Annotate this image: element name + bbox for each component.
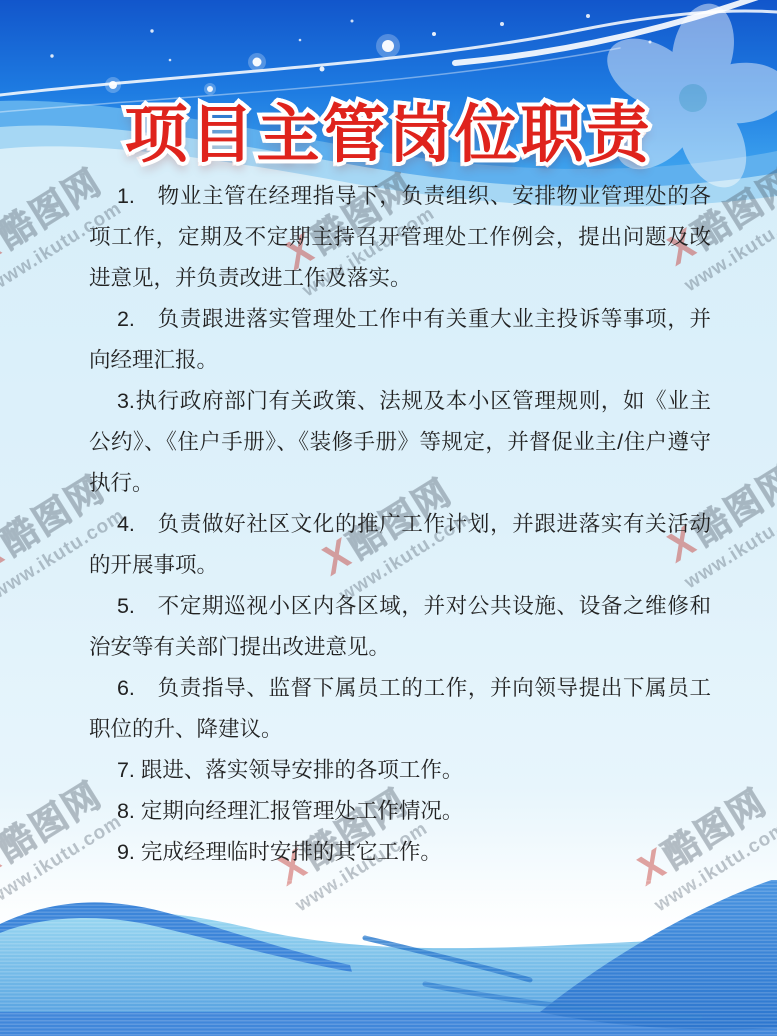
duty-item: 8. 定期向经理汇报管理处工作情况。 (89, 791, 711, 832)
duty-item: 2. 负责跟进落实管理处工作中有关重大业主投诉等事项，并向经理汇报。 (89, 299, 711, 381)
ikutu-logo-icon: X (0, 221, 11, 274)
duty-item: 6. 负责指导、监督下属员工的工作，并向领导提出下属员工职位的升、降建议。 (89, 668, 711, 750)
ikutu-logo-icon: X (0, 528, 14, 581)
duty-item: 5. 不定期巡视小区内各区域，并对公共设施、设备之维修和治安等有关部门提出改进意… (89, 586, 711, 668)
duty-item: 9. 完成经理临时安排的其它工作。 (89, 832, 711, 873)
duty-item: 7. 跟进、落实领导安排的各项工作。 (89, 750, 711, 791)
page-title: 项目主管岗位职责 (0, 84, 777, 175)
duties-list: 1. 物业主管在经理指导下，负责组织、安排物业管理处的各项工作，定期及不定期主持… (89, 176, 711, 873)
duty-item: 3.执行政府部门有关政策、法规及本小区管理规则，如《业主公约》、《住户手册》、《… (89, 381, 711, 504)
bottom-wave-layers (0, 880, 777, 1036)
ikutu-logo-icon: X (0, 834, 11, 887)
bottom-wave-decoration (0, 880, 777, 1036)
duty-item: 4. 负责做好社区文化的推广工作计划，并跟进落实有关活动的开展事项。 (89, 504, 711, 586)
duty-item: 1. 物业主管在经理指导下，负责组织、安排物业管理处的各项工作，定期及不定期主持… (89, 176, 711, 299)
